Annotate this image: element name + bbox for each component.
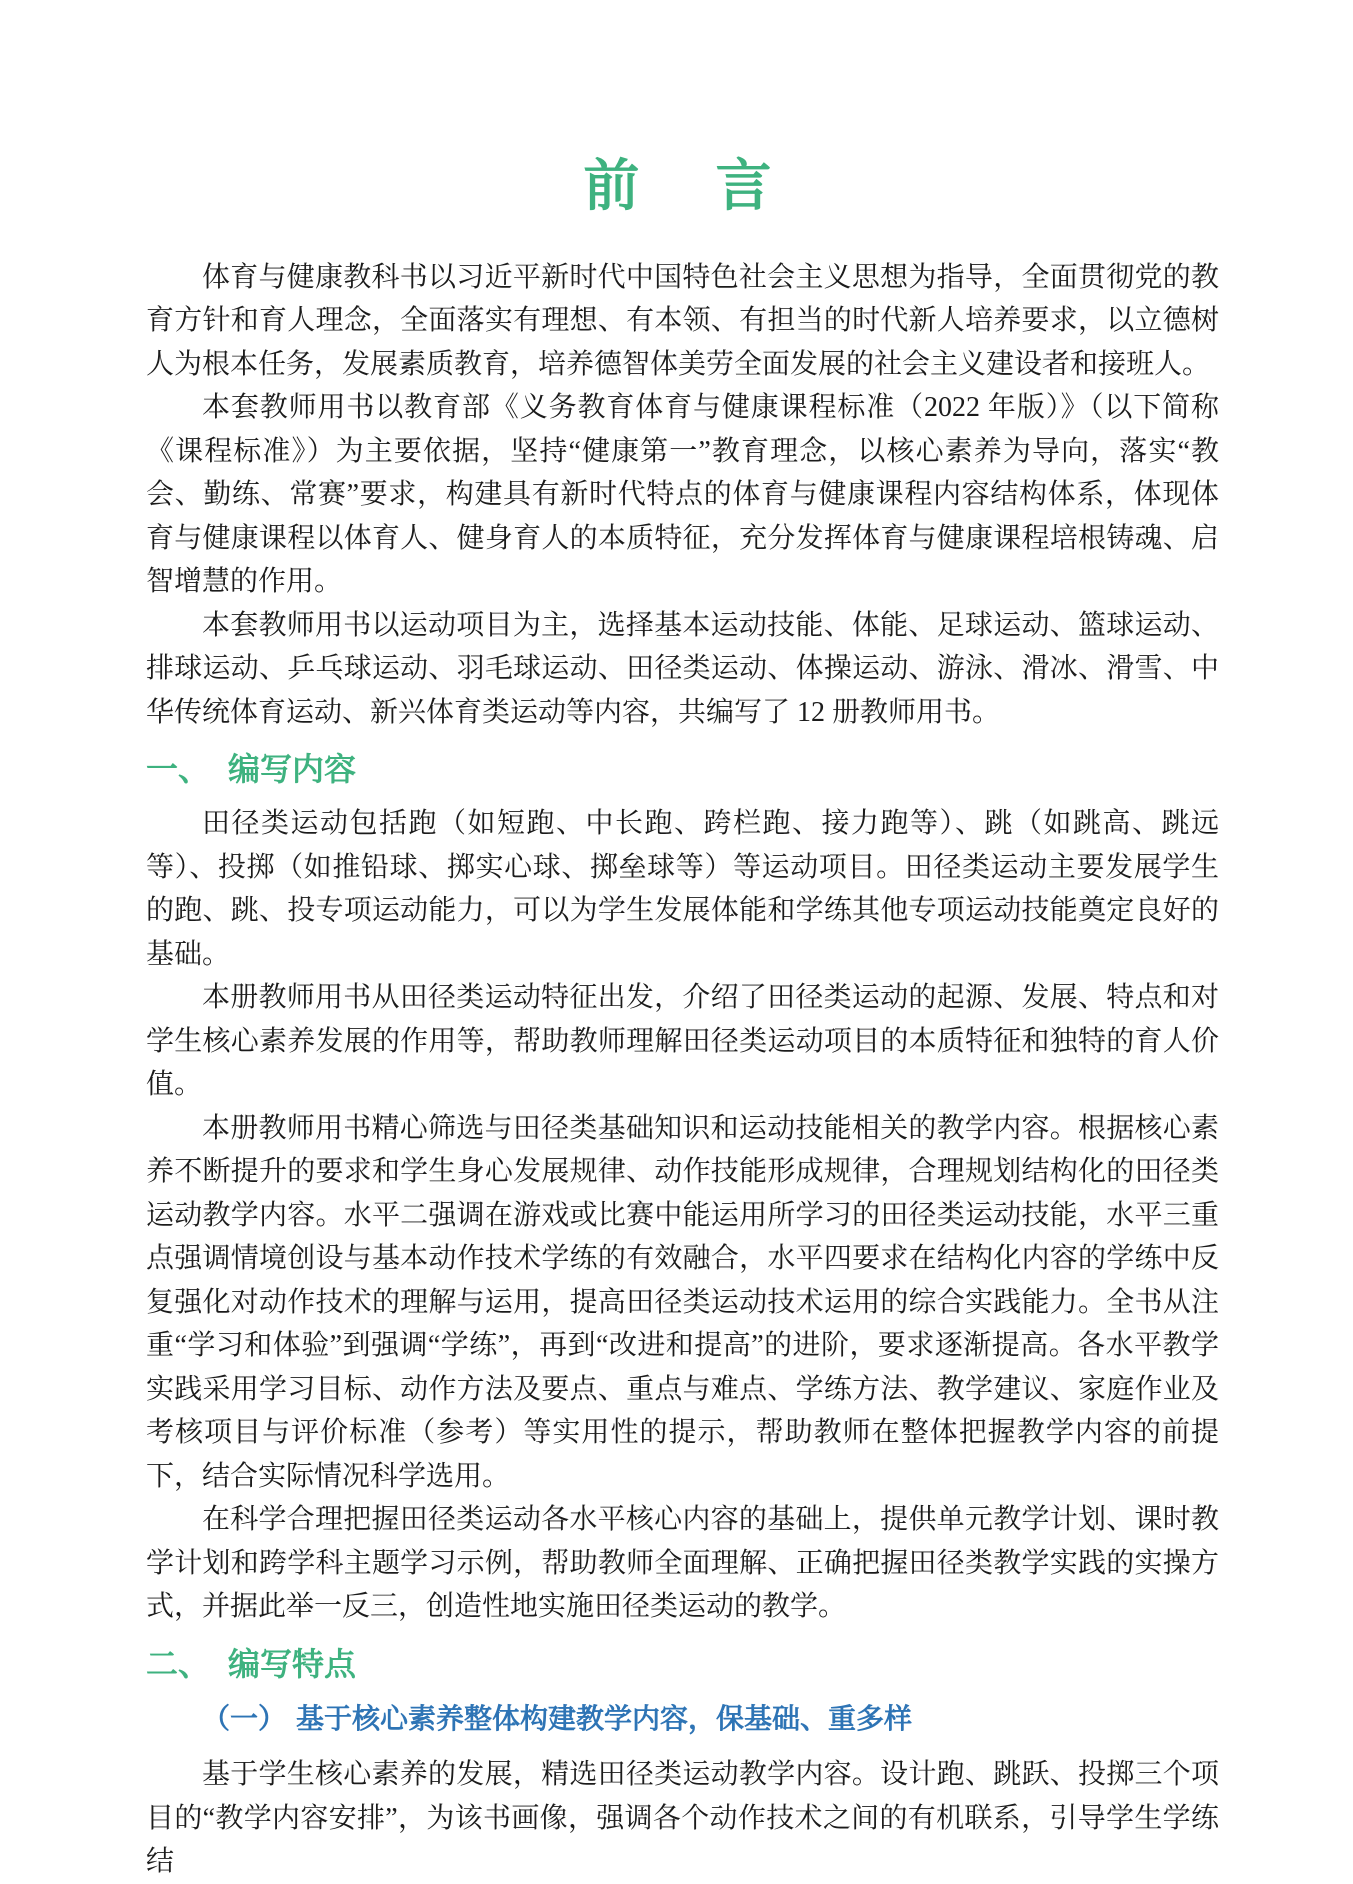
paragraph: 在科学合理把握田径类运动各水平核心内容的基础上，提供单元教学计划、课时教学计划和… — [146, 1498, 1219, 1629]
paragraph: 田径类运动包括跑（如短跑、中长跑、跨栏跑、接力跑等）、跳（如跳高、跳远等）、投掷… — [146, 802, 1219, 976]
paragraph: 体育与健康教科书以习近平新时代中国特色社会主义思想为指导，全面贯彻党的教育方针和… — [146, 256, 1219, 387]
subsection-title: 基于核心素养整体构建教学内容，保基础、重多样 — [296, 1698, 912, 1742]
section-heading-2: 二、 编写特点 — [146, 1643, 1219, 1686]
section-number: 二、 — [146, 1643, 210, 1686]
section-title: 编写特点 — [228, 1643, 356, 1686]
paragraph: 本册教师用书从田径类运动特征出发，介绍了田径类运动的起源、发展、特点和对学生核心… — [146, 976, 1219, 1107]
preface-page: 前 言 体育与健康教科书以习近平新时代中国特色社会主义思想为指导，全面贯彻党的教… — [0, 0, 1353, 1884]
paragraph: 本套教师用书以教育部《义务教育体育与健康课程标准（2022 年版）》（以下简称《… — [146, 386, 1219, 604]
section-heading-1: 一、 编写内容 — [146, 748, 1219, 791]
section-title: 编写内容 — [228, 748, 356, 791]
paragraph: 本套教师用书以运动项目为主，选择基本运动技能、体能、足球运动、篮球运动、排球运动… — [146, 604, 1219, 735]
page-title: 前 言 — [146, 150, 1219, 226]
paragraph: 本册教师用书精心筛选与田径类基础知识和运动技能相关的教学内容。根据核心素养不断提… — [146, 1107, 1219, 1499]
section-number: 一、 — [146, 748, 210, 791]
preface-document: 前 言 体育与健康教科书以习近平新时代中国特色社会主义思想为指导，全面贯彻党的教… — [0, 0, 1353, 1884]
paragraph: 基于学生核心素养的发展，精选田径类运动教学内容。设计跑、跳跃、投掷三个项目的“教… — [146, 1753, 1219, 1884]
subsection-heading-1: （一） 基于核心素养整体构建教学内容，保基础、重多样 — [202, 1698, 1219, 1742]
subsection-label: （一） — [202, 1698, 286, 1742]
